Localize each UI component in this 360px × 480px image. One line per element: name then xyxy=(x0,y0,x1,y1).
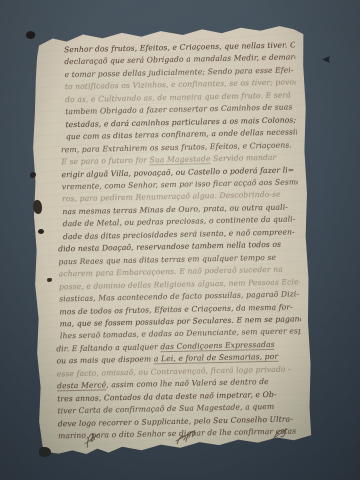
ink-blot xyxy=(33,200,42,214)
ink-blot xyxy=(30,172,36,178)
manuscript-page: Senhor dos frutos, Efeitos, e Criaçoens,… xyxy=(28,22,314,456)
signature-rubric-icon xyxy=(81,429,105,450)
signature-rubric-icon xyxy=(267,425,293,446)
ink-blot xyxy=(38,229,44,234)
manuscript-text: Senhor dos frutos, Efeitos, e Criaçoens,… xyxy=(28,39,304,456)
ink-blot xyxy=(25,30,36,41)
ink-blot xyxy=(39,447,51,457)
photo-background: Senhor dos frutos, Efeitos, e Criaçoens,… xyxy=(0,0,360,480)
signature-row xyxy=(82,426,292,448)
signature-rubric-icon xyxy=(172,427,200,449)
background-speck xyxy=(322,56,330,63)
